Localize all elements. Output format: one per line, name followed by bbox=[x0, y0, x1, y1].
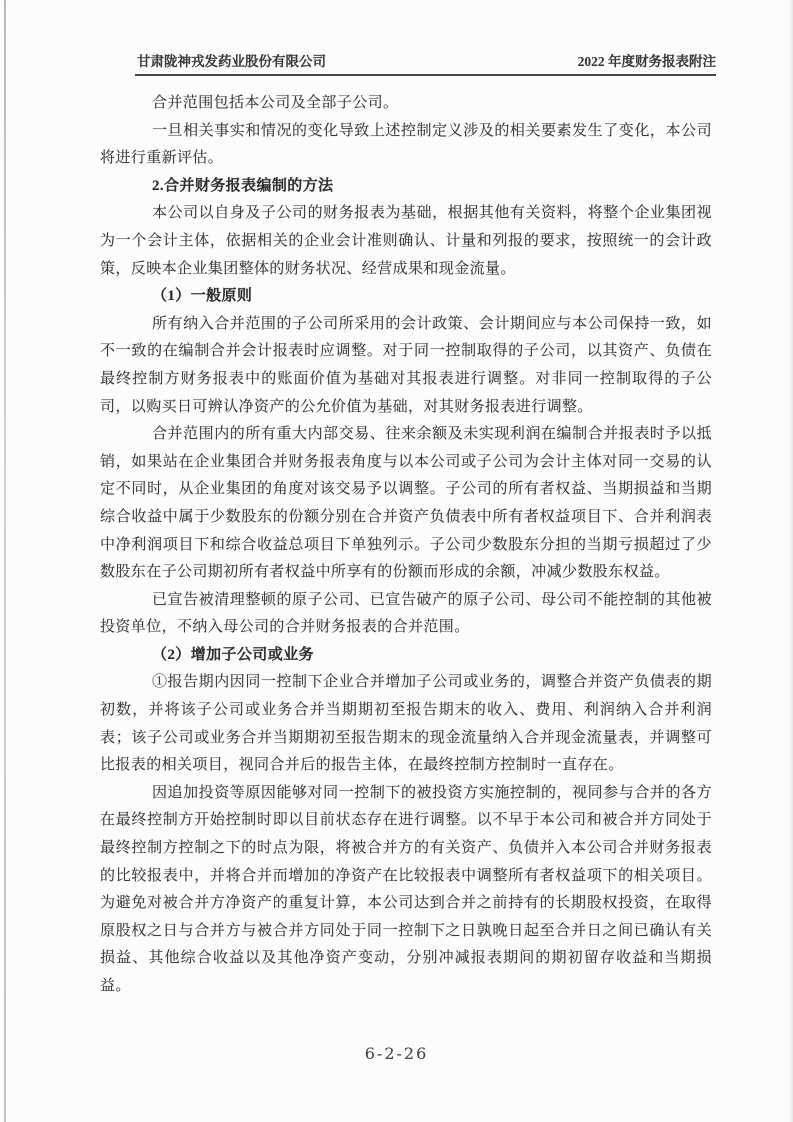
body-paragraph: 已宣告被清理整顿的原子公司、已宣告破产的原子公司、母公司不能控制的其他被投资单位… bbox=[100, 587, 712, 642]
section-heading: （2）增加子公司或业务 bbox=[100, 642, 712, 670]
document-body: 合并范围包括本公司及全部子公司。一旦相关事实和情况的变化导致上述控制定义涉及的相… bbox=[100, 90, 712, 1001]
scan-edge-right bbox=[789, 0, 793, 1122]
header-doc-title: 2022 年度财务报表附注 bbox=[578, 50, 716, 70]
scan-edge-left bbox=[4, 0, 6, 1122]
document-page: 甘肃陇神戎发药业股份有限公司 2022 年度财务报表附注 合并范围包括本公司及全… bbox=[0, 0, 793, 1122]
page-header: 甘肃陇神戎发药业股份有限公司 2022 年度财务报表附注 bbox=[137, 50, 716, 70]
page-footer: 6-2-26 bbox=[0, 1044, 793, 1063]
body-paragraph: 所有纳入合并范围的子公司所采用的会计政策、会计期间应与本公司保持一致，如不一致的… bbox=[100, 311, 712, 421]
body-paragraph: 因追加投资等原因能够对同一控制下的被投资方实施控制的，视同参与合并的各方在最终控… bbox=[100, 780, 712, 1001]
body-paragraph: 合并范围内的所有重大内部交易、往来余额及未实现利润在编制合并报表时予以抵销，如果… bbox=[100, 421, 712, 587]
body-paragraph: 一旦相关事实和情况的变化导致上述控制定义涉及的相关要素发生了变化，本公司将进行重… bbox=[100, 118, 712, 173]
section-heading: 2.合并财务报表编制的方法 bbox=[100, 173, 712, 201]
header-rule bbox=[135, 74, 716, 76]
header-company-name: 甘肃陇神戎发药业股份有限公司 bbox=[137, 50, 326, 70]
body-paragraph: 合并范围包括本公司及全部子公司。 bbox=[100, 90, 712, 118]
page-number: 6-2-26 bbox=[365, 1044, 429, 1063]
section-heading: （1）一般原则 bbox=[100, 283, 712, 311]
body-paragraph: ①报告期内因同一控制下企业合并增加子公司或业务的，调整合并资产负债表的期初数，并… bbox=[100, 669, 712, 779]
body-paragraph: 本公司以自身及子公司的财务报表为基础，根据其他有关资料，将整个企业集团视为一个会… bbox=[100, 200, 712, 283]
